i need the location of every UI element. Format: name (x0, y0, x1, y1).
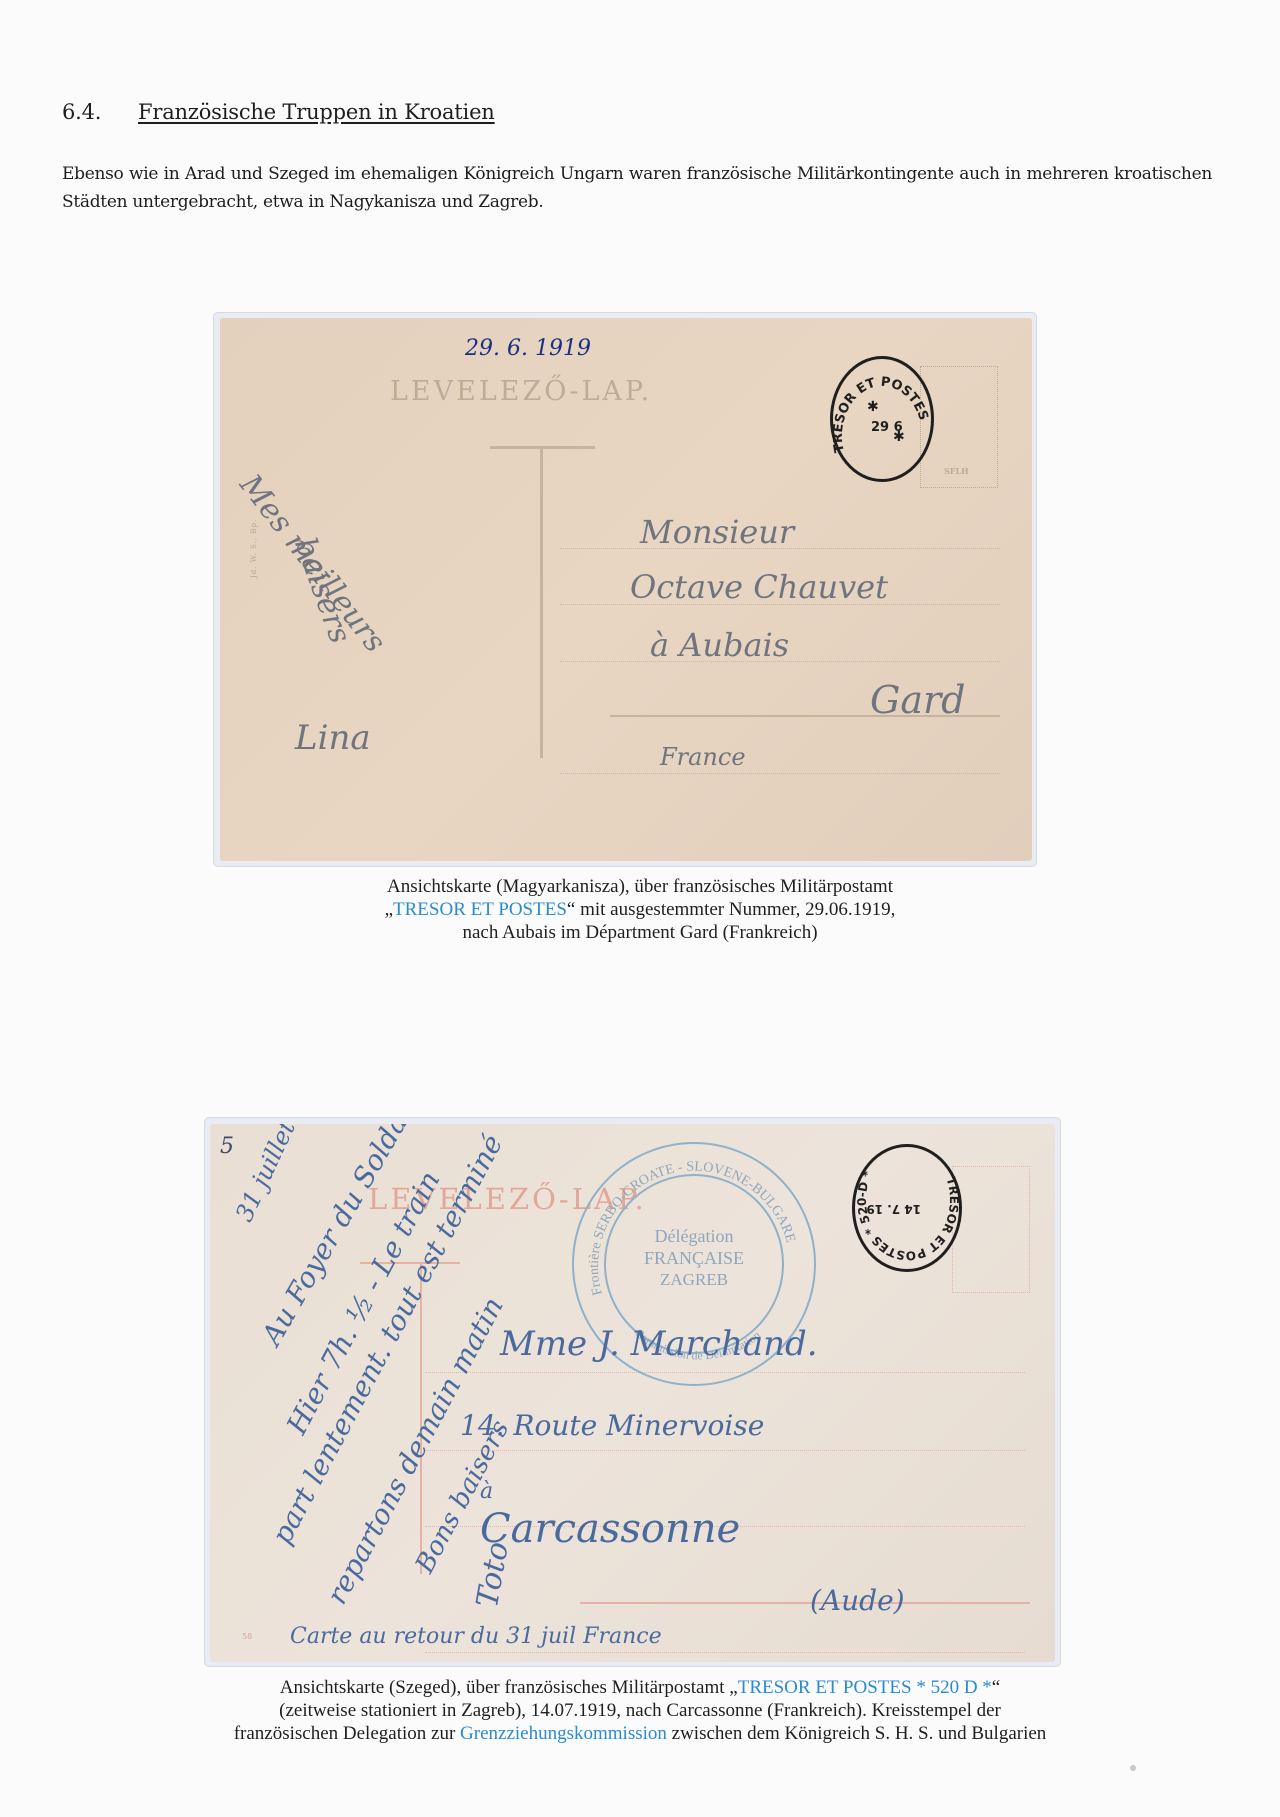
section-title: Französische Truppen in Kroatien (138, 100, 495, 124)
caption-line: Ansichtskarte (Magyarkanisza), über fran… (240, 875, 1040, 898)
address-line (425, 1652, 1025, 1653)
caption-line: französischen Delegation zur Grenzziehun… (110, 1722, 1170, 1745)
caption-line: „TRESOR ET POSTES“ mit ausgestemmter Num… (240, 898, 1040, 921)
svg-text:✱: ✱ (893, 429, 905, 445)
svg-text:TRESOR ET POSTES: TRESOR ET POSTES (833, 375, 931, 454)
divider-vertical (540, 448, 543, 758)
address-line (425, 1450, 1025, 1451)
postcard-print-title: LEVELEZŐ-LAP. (390, 376, 652, 407)
address-line-4: Carcassonne (480, 1506, 740, 1552)
address-line-solid (580, 1602, 1030, 1604)
printer-imprint: Jd. W. S., Bp. (250, 519, 258, 578)
address-line (560, 773, 1000, 774)
caption-line: Ansichtskarte (Szeged), über französisch… (110, 1676, 1170, 1699)
caption-postcard-2: Ansichtskarte (Szeged), über französisch… (110, 1676, 1170, 1745)
seal-line-1: Délégation (574, 1226, 814, 1247)
caption-highlight: TRESOR ET POSTES (393, 899, 567, 920)
address-line-2: Octave Chauvet (630, 568, 888, 606)
message-line: Carte au retour du 31 juil France (290, 1624, 662, 1649)
printer-imprint: 58 (242, 1632, 252, 1641)
caption-text: “ (992, 1677, 1000, 1698)
address-line-3: à (480, 1479, 493, 1504)
caption-highlight: Grenzziehungskommission (460, 1723, 667, 1744)
section-heading: 6.4.Französische Truppen in Kroatien (62, 100, 495, 124)
postcard-1: LEVELEZŐ-LAP. Jd. W. S., Bp. 29. 6. 1919… (220, 318, 1032, 861)
svg-text:14 7. 19: 14 7. 19 (866, 1202, 921, 1216)
address-line-3: à Aubais (650, 626, 789, 664)
date-note: 29. 6. 1919 (465, 336, 591, 361)
intro-paragraph: Ebenso wie in Arad und Szeged im ehemali… (62, 160, 1212, 216)
caption-line: (zeitweise stationiert in Zagreb), 14.07… (110, 1699, 1170, 1722)
caption-text: Ansichtskarte (Szeged), über französisch… (280, 1677, 738, 1698)
caption-text: französischen Delegation zur (234, 1723, 460, 1744)
stamp-box-label: SFLH (944, 466, 969, 476)
postmark-tresor-et-postes: TRESOR ET POSTES 29 6 ✱ ✱ (830, 356, 934, 482)
seal-line-2: FRANÇAISE (574, 1248, 814, 1269)
address-line-1: Monsieur (640, 513, 794, 551)
caption-text: zwischen dem Königreich S. H. S. und Bul… (667, 1723, 1046, 1744)
signature: Lina (295, 718, 371, 758)
seal-line-3: ZAGREB (574, 1270, 814, 1290)
postcard-2: LEVELEZŐ-LAP. 58 Frontière SERBO-CROATE … (210, 1124, 1055, 1662)
caption-highlight: TRESOR ET POSTES * 520 D * (738, 1677, 992, 1698)
caption-text: „ (385, 899, 393, 920)
caption-line: nach Aubais im Départment Gard (Frankrei… (240, 921, 1040, 944)
address-line-1: Mme J. Marchand. (500, 1324, 818, 1364)
caption-text: “ mit ausgestemmter Nummer, 29.06.1919, (567, 899, 896, 920)
address-line-5: (Aude) (810, 1584, 905, 1617)
postmark-tresor-et-postes-520d: TRESOR ET POSTES * 520-D * 14 7. 19 (852, 1144, 962, 1272)
svg-text:✱: ✱ (867, 399, 879, 415)
caption-postcard-1: Ansichtskarte (Magyarkanisza), über fran… (240, 875, 1040, 944)
address-line-2: 14. Route Minervoise (460, 1409, 764, 1442)
corner-note: 5 (220, 1134, 234, 1159)
section-number: 6.4. (62, 100, 138, 124)
page-speck (1130, 1765, 1136, 1771)
address-line-4: Gard (870, 678, 966, 722)
message-line: 31 juillet. (230, 1124, 304, 1226)
address-line-5: France (660, 743, 746, 771)
stamp-box (952, 1166, 1030, 1293)
